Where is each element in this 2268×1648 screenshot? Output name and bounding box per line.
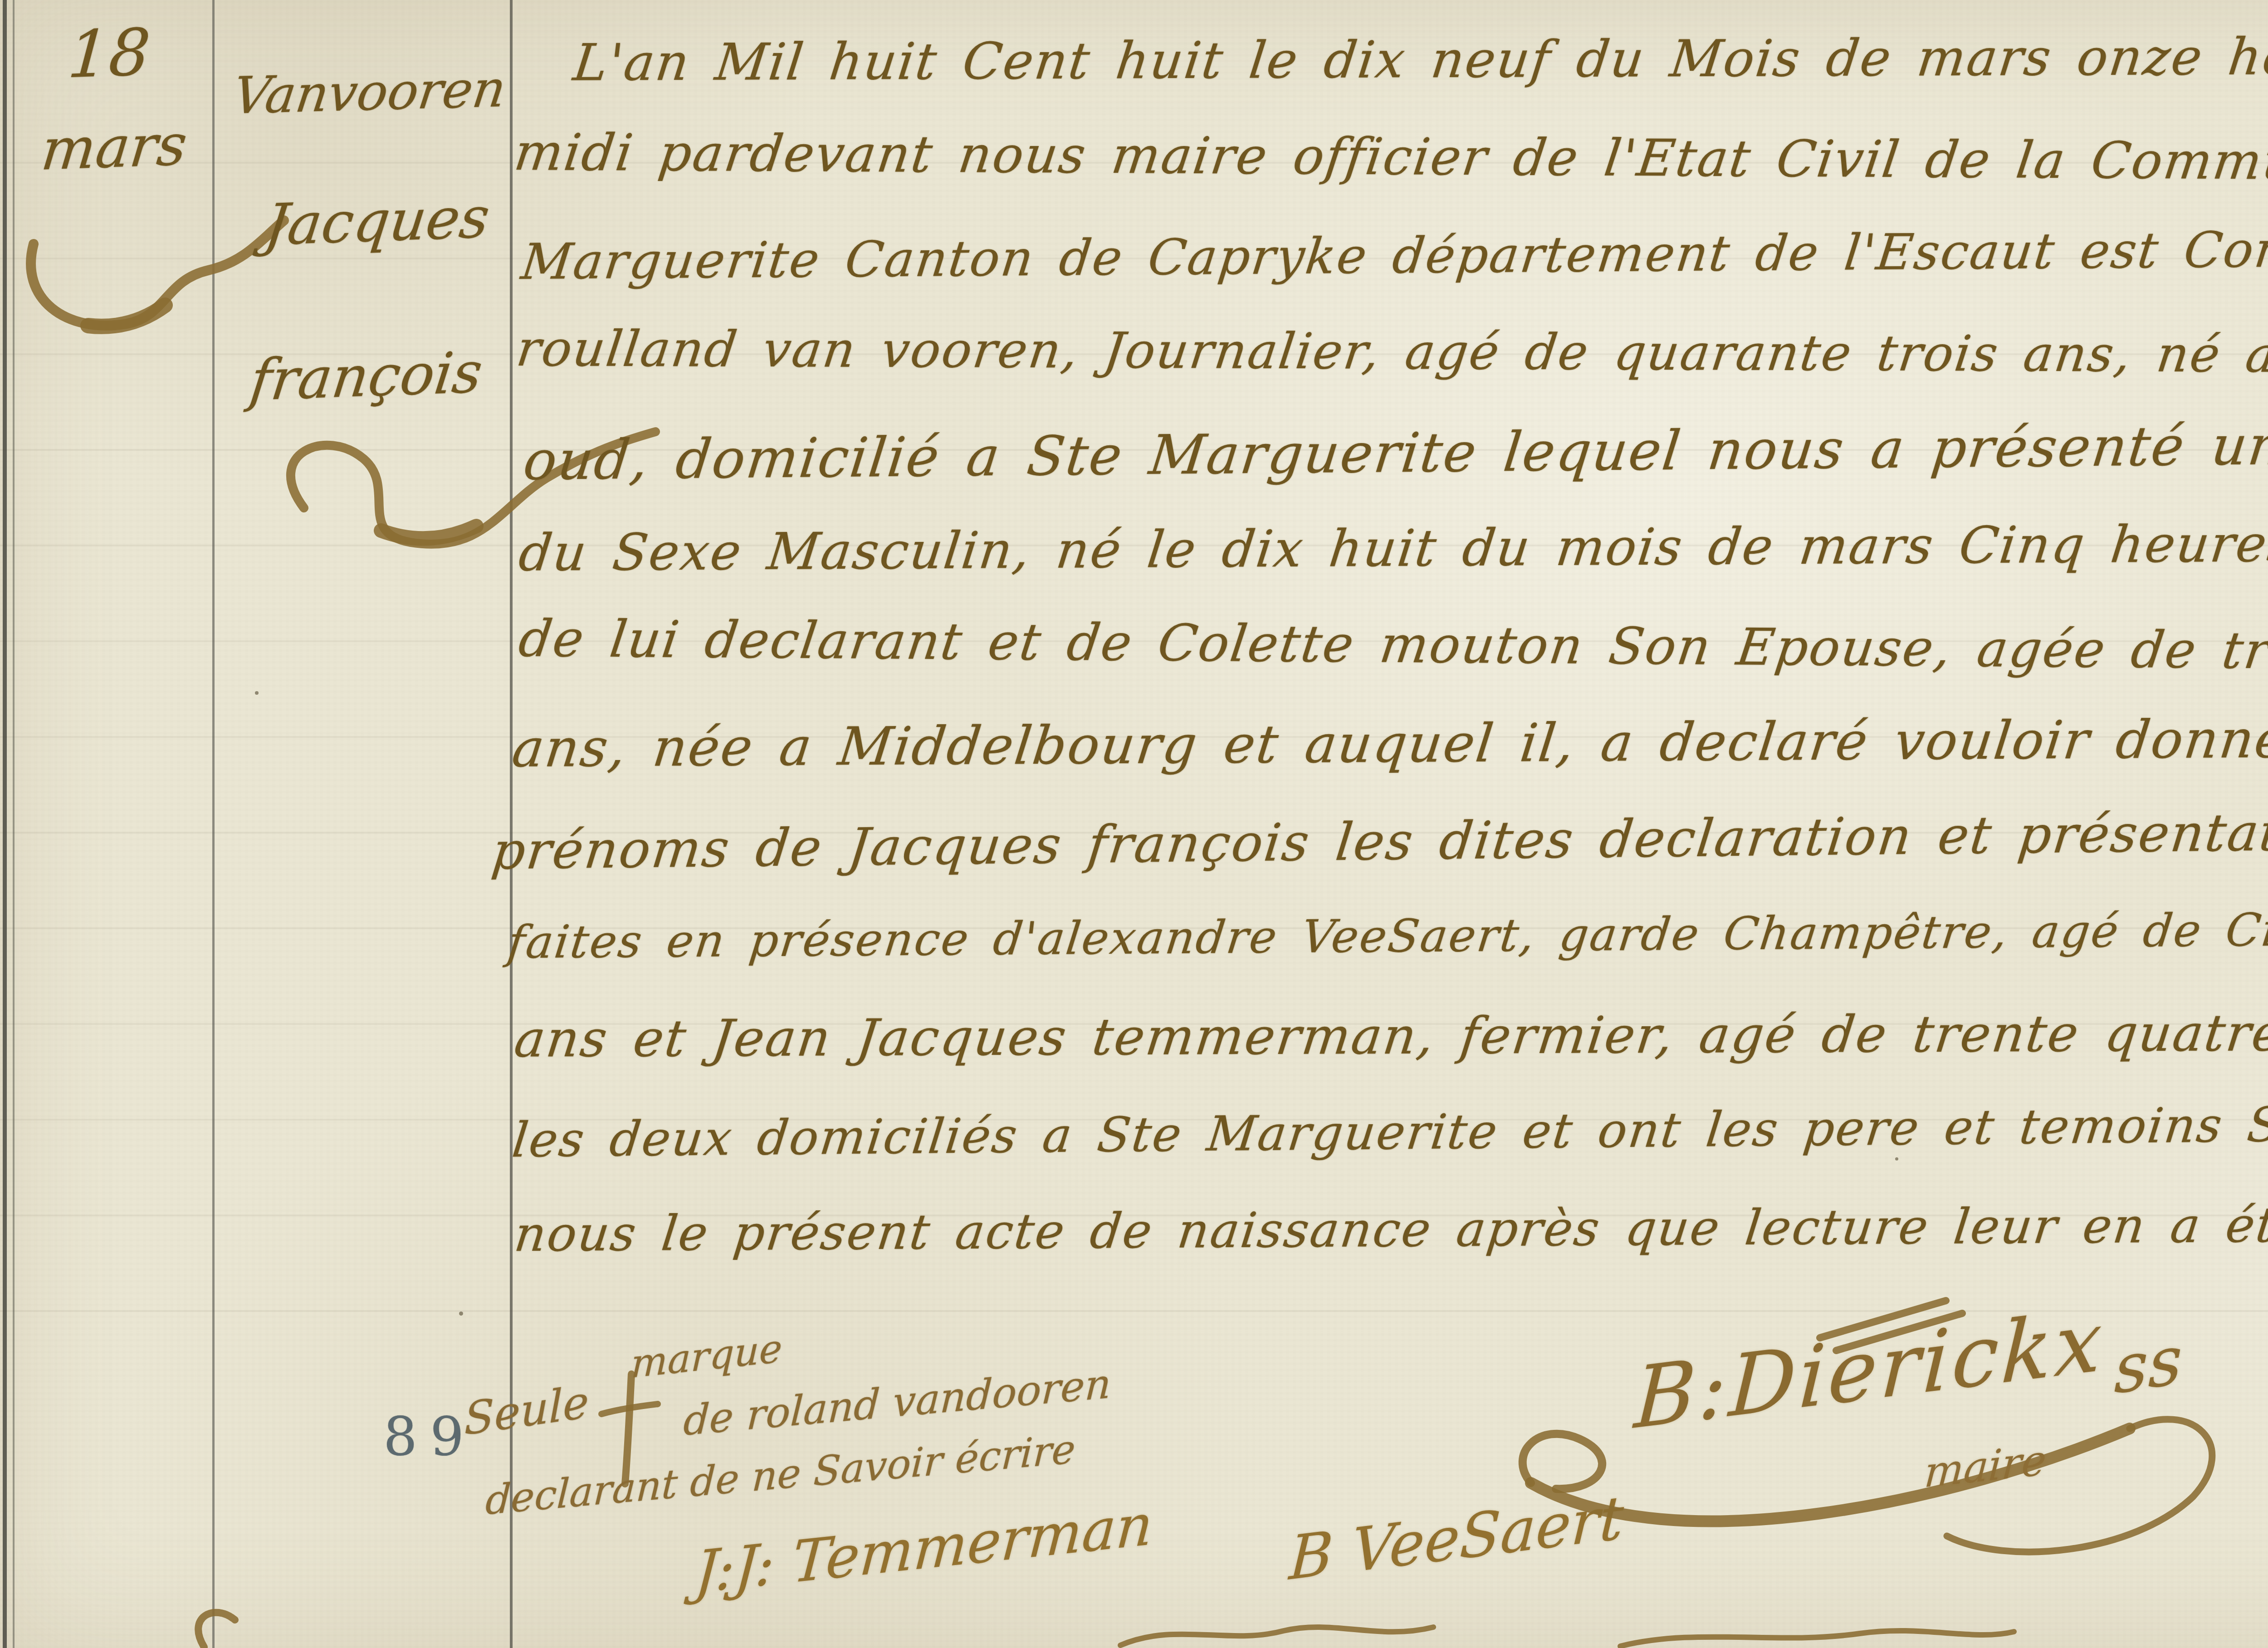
next-entry-stroke: [172, 1602, 299, 1648]
act-line: prénoms de Jacques françois les dites de…: [489, 805, 2268, 877]
act-line: ans, née a Middelbourg et auquel il, a d…: [509, 712, 2268, 775]
paper-speck: [1895, 1157, 1898, 1160]
mayor-title: maire: [1923, 1439, 2048, 1494]
child-name-line: Vanvooren: [230, 63, 509, 122]
date-flourish: [15, 212, 297, 371]
paper-speck: [255, 691, 259, 695]
act-line: midi pardevant nous maire officier de l'…: [512, 127, 2268, 189]
act-line: roulland van vooren, Journalier, agé de …: [514, 324, 2268, 380]
marginal-note-seule: Seule: [464, 1380, 589, 1442]
margin-date-day: 18: [66, 20, 152, 88]
marginal-note-statement: declarant de ne Savoir écrire: [484, 1429, 1076, 1521]
next-entry-stroke: [1615, 1624, 2023, 1648]
child-name-line: Jacques: [262, 189, 492, 254]
page-number-stamp: 89: [383, 1405, 477, 1468]
act-line: nous le présent acte de naissance après …: [512, 1200, 2268, 1259]
act-line: de lui declarant et de Colette mouton So…: [516, 614, 2268, 678]
register-page: 18 mars Vanvooren Jacques françois L'an …: [0, 0, 2268, 1648]
act-line: faites en présence d'alexandre VeeSaert,…: [505, 905, 2268, 965]
child-name-line: françois: [247, 344, 485, 409]
act-line: ans et Jean Jacques temmerman, fermier, …: [512, 1007, 2268, 1065]
mayor-flourish: [1510, 1385, 2268, 1603]
act-line: du Sexe Masculin, né le dix huit du mois…: [516, 517, 2268, 579]
signature-temmerman: J:J: Temmerman: [693, 1496, 1154, 1602]
paper-speck: [459, 1312, 463, 1316]
column-rule-left-inner: [13, 0, 15, 1648]
act-line: les deux domiciliés a Ste Marguerite et …: [510, 1098, 2268, 1164]
margin-date-month: mars: [39, 116, 190, 179]
column-rule-left-outer: [3, 0, 7, 1648]
act-line: oud, domicilié a Ste Marguerite lequel n…: [521, 417, 2268, 488]
act-line: Marguerite Canton de Capryke département…: [519, 224, 2268, 287]
act-line: L'an Mil huit Cent huit le dix neuf du M…: [571, 30, 2268, 88]
next-entry-stroke: [1116, 1617, 1461, 1648]
